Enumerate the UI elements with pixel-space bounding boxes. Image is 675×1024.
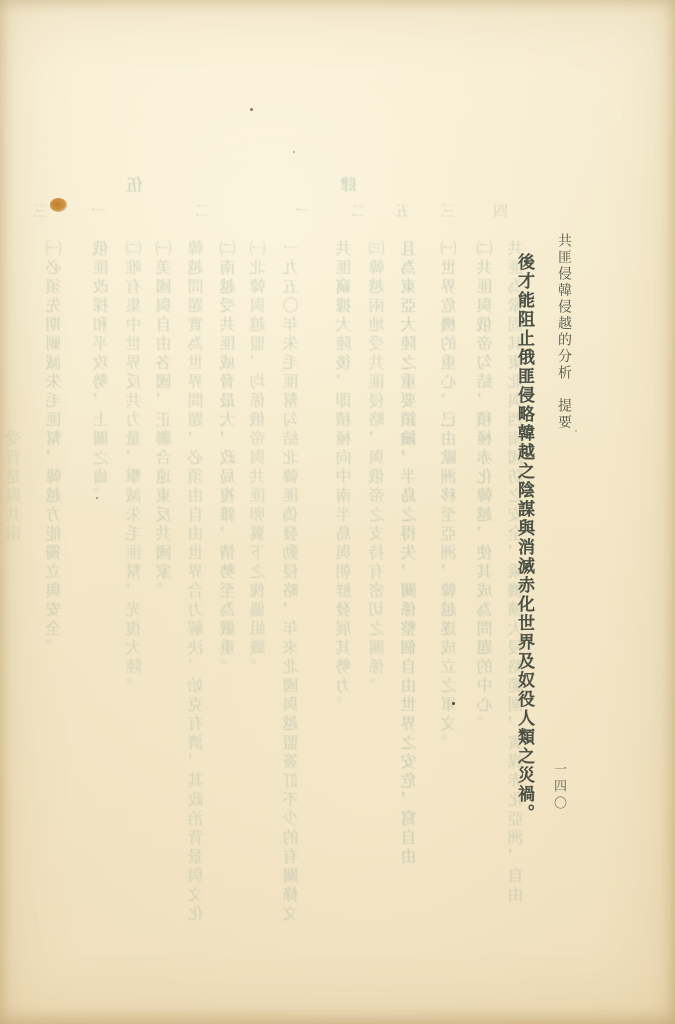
- bleedthrough-column: 二: [197, 203, 212, 218]
- paper-speck: [452, 702, 455, 705]
- paper-speck: [250, 108, 253, 111]
- bleedthrough-column: 且為東亞大陸之重要鎖鑰，半島之得失，關係整個自由世界之安危，寫自由: [403, 240, 419, 867]
- bleedthrough-column: 俄匪改採和平攻勢，上關之齒。: [95, 240, 111, 506]
- bleedthrough-column: ㈠必須先期剿滅朱毛匪幫，韓越方能獨立與安全。: [48, 240, 64, 658]
- bleedthrough-column: 一: [93, 203, 108, 218]
- bleedthrough-column: 受背是與共南: [8, 430, 24, 544]
- bleedthrough-column: 韓越問題實為世界問題，必須由自由世界合力解決，始克有濟，其政治背景與文化: [190, 240, 206, 924]
- bleedthrough-column: ㈡南越受共匪威脅最大，政局複雜，情勢至為嚴重。: [222, 240, 238, 677]
- bleedthrough-column: 四: [495, 203, 510, 218]
- bleedthrough-column: 肆: [342, 176, 359, 193]
- bleedthrough-column: 伍: [128, 176, 145, 193]
- bleedthrough-column: ㈠美國與自由各國，正聯合遠東反共國家。: [158, 240, 174, 601]
- bleedthrough-column: 一九五〇年朱毛匪幫勾結北韓匪偽發動侵略，年來北國與越盟簽訂不少的有關條文: [285, 240, 301, 924]
- bleedthrough-column: 三: [443, 203, 458, 218]
- document-title-vertical: 共匪侵韓侵越的分析 提要: [556, 233, 570, 431]
- summary-text-column: 後才能阻止俄匪侵略韓越之陰謀與消滅赤化世界及奴役人類之災禍。: [516, 253, 533, 823]
- bleedthrough-column: 一: [297, 203, 312, 218]
- paper-speck: [293, 151, 295, 153]
- paper-speck: [575, 430, 577, 432]
- bleedthrough-column: ㈠世界危機的重心，已由歐洲移至亞洲，韓越遂成立之軍文。: [443, 240, 459, 753]
- bleedthrough-column: ㈡共匪與俄帝勾結，積極赤化韓越，使其成為問題的中心。: [479, 240, 495, 734]
- bleedthrough-column: ㈢韓越兩地受共匪侵略，與俄帝之支持有密切之關係。: [371, 240, 387, 696]
- bleedthrough-column: ㈠北韓與越盟，均係俄帝與共匪卵翼下之傀儡組織。: [252, 240, 268, 677]
- scanned-document-page: 共匪為鞏固其東北與西南國防之安全，乘機擴大侵略範圍，寅謀赤化亞洲，自由㈡共匪與俄…: [0, 0, 675, 1024]
- paper-speck: [96, 497, 98, 499]
- page-number: 一四〇: [553, 762, 566, 813]
- bleedthrough-column: 共匪竊據大陸後，即積極向中南半島與朝鮮發展其勢力。: [338, 240, 354, 715]
- bleedthrough-column: 五: [397, 203, 412, 218]
- bleedthrough-column: 三: [35, 203, 50, 218]
- bleedthrough-column: ㈡唯有集中世界反共力量，擊滅朱毛匪幫，光復大陸。: [128, 240, 144, 696]
- bleedthrough-column: 二: [353, 203, 368, 218]
- ink-stain: [50, 198, 67, 212]
